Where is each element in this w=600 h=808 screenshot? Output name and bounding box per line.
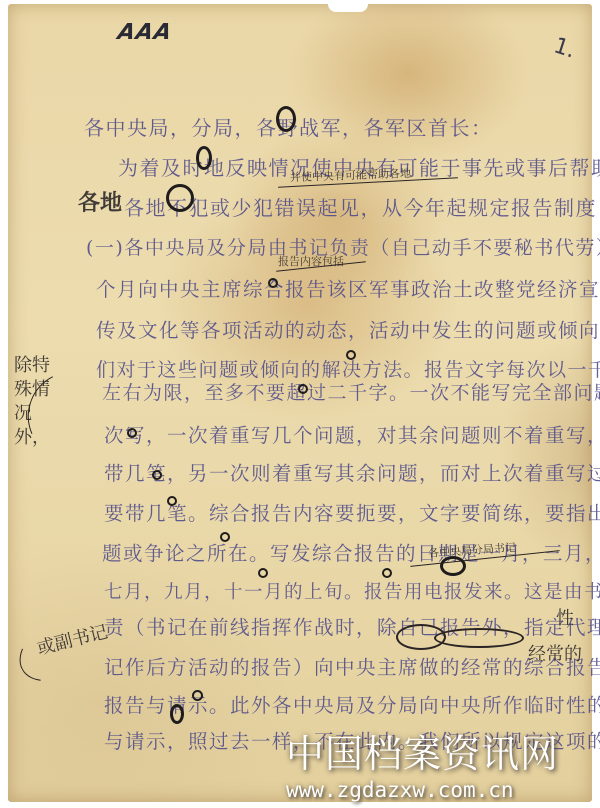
body-line-4: 个月向中央主席综合报告该区军事政治土改整党经济宣 bbox=[96, 274, 600, 302]
ink-circle-mark bbox=[346, 350, 356, 360]
ink-circle-mark bbox=[196, 146, 212, 170]
ink-circle-mark bbox=[440, 556, 466, 576]
annotation-right-top-line14: 性 bbox=[556, 604, 574, 630]
watermark: 中国档案资讯网 www.zgdazxw.com.cn bbox=[286, 732, 586, 802]
body-line-2: 各地不犯或少犯错误起见，从今年起规定报告制度： bbox=[124, 192, 600, 221]
ink-circle-mark bbox=[220, 532, 230, 542]
torn-edge bbox=[328, 4, 368, 12]
ink-circle-mark bbox=[192, 690, 203, 701]
watermark-url: www.zgdazxw.com.cn bbox=[286, 778, 586, 802]
ink-circle-mark bbox=[152, 470, 162, 480]
body-line-8: 次写，一次着重写几个问题，对其余问题则不着重写，只当 bbox=[104, 420, 600, 448]
body-line-5: 传及文化等各项活动的动态，活动中发生的问题或倾向，他 bbox=[96, 315, 600, 343]
watermark-title: 中国档案资讯网 bbox=[286, 732, 586, 776]
annotation-right-line14: 经常的 bbox=[528, 640, 582, 666]
ink-circle-mark bbox=[298, 384, 308, 394]
body-line-12: 七月，九月，十一月的上旬。报告用电报发来。这是由书记个人负 bbox=[104, 578, 600, 604]
body-line-14: 记作后方活动的报告）向中央主席做的经常的综合报告 bbox=[104, 652, 600, 680]
ink-circle-mark bbox=[258, 568, 268, 578]
body-line-11: 题或争论之所在。写发综合报告的日期是一月，三月，五月， bbox=[102, 538, 600, 566]
ink-ellipse-mark bbox=[434, 628, 524, 648]
ink-circle-mark bbox=[268, 278, 278, 288]
annotation-left-line2: 各地 bbox=[78, 186, 122, 217]
ink-circle-mark bbox=[167, 496, 177, 506]
ink-circle-mark bbox=[166, 184, 194, 212]
body-line-9: 带几笔，另一次则着重写其余问题，而对上次着重写过的只 bbox=[104, 458, 600, 486]
ink-circle-mark bbox=[276, 106, 296, 132]
body-line-7: 左右为限，至多不要超过二千字。一次不能写完全部问题时分两 bbox=[102, 378, 600, 405]
body-line-10: 要带几笔。综合报告内容要扼要，文字要简练，要指出问 bbox=[104, 498, 600, 526]
body-line-13: 责（书记在前线指挥作战时，除自己报告外，指定代理书 bbox=[104, 612, 600, 640]
ink-circle-mark bbox=[382, 568, 392, 578]
ink-circle-mark bbox=[127, 428, 137, 438]
ink-circle-mark bbox=[170, 704, 184, 724]
top-mark: AAA bbox=[116, 20, 175, 45]
